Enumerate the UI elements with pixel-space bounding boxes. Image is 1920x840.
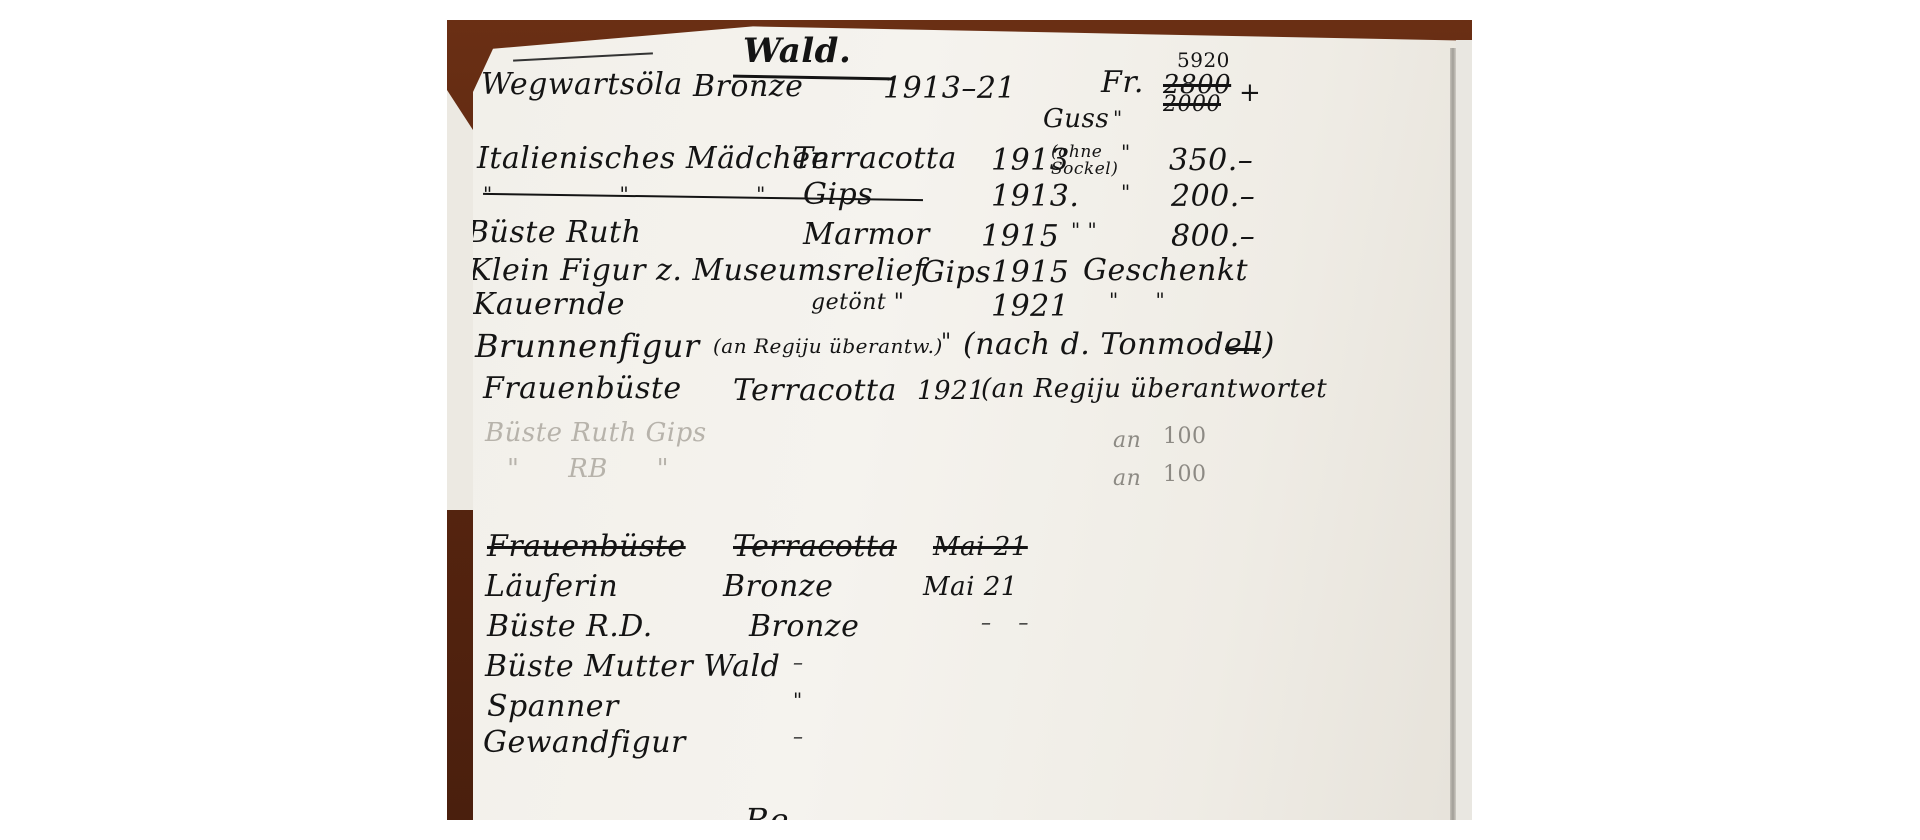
entry-ditto: "	[1121, 182, 1131, 202]
entry-note: " "	[1109, 290, 1165, 310]
list-item-title: Gewandfigur	[483, 728, 686, 758]
entry-price: 350.–	[1169, 146, 1253, 176]
entry-title: Klein Figur z. Museumsrelief	[469, 256, 925, 286]
entry-price: 800.–	[1171, 222, 1255, 252]
list-item-material: –	[793, 652, 804, 672]
entry-material: (an Regiju überantw.)	[713, 336, 943, 356]
list-item-date-struck: Mai 21	[933, 534, 1028, 560]
list-item-title: Läuferin	[485, 572, 618, 602]
list-item-title-struck: Frauenbüste	[487, 532, 686, 562]
list-item-material: Bronze	[723, 572, 833, 602]
list-item-material: "	[793, 690, 803, 710]
entry-title: Frauenbüste	[483, 374, 682, 404]
entry-ditto: "	[1121, 142, 1131, 162]
entry-material: Gips	[803, 180, 873, 210]
entry-note: (nach d. Tonmodell)	[963, 330, 1275, 360]
total-marker: +	[1239, 80, 1261, 106]
entry-year: 1913–21	[883, 74, 1016, 104]
entry-note: Geschenkt	[1083, 256, 1248, 286]
total-struck-2: 2000	[1163, 94, 1221, 116]
row-end-strike	[1225, 348, 1261, 351]
entry-material-suffix: "	[941, 332, 952, 354]
entry-title: Italienisches Mädchen	[477, 144, 830, 174]
notebook-right-edge	[1456, 40, 1472, 820]
entry-material-note: Guss	[1043, 106, 1109, 132]
page-heading: Wald.	[743, 34, 851, 68]
total-top: 5920	[1177, 50, 1230, 70]
faint-price: 100	[1163, 464, 1207, 486]
list-item-material: Bronze	[749, 612, 859, 642]
currency-label: Fr.	[1101, 68, 1144, 98]
ledger-page: Wald. 5920 2800 2000 + Fr. Wegwartsöla B…	[473, 20, 1472, 820]
entry-title: Büste Ruth	[467, 218, 641, 248]
faint-price-prefix: an	[1113, 468, 1141, 490]
list-item-date: – –	[981, 612, 1029, 632]
faint-price-prefix: an	[1113, 430, 1141, 452]
faint-entry-title: " RB "	[507, 456, 669, 482]
list-item-title: Büste Mutter Wald	[485, 652, 780, 682]
entry-title: Wegwartsöla	[481, 70, 683, 100]
entry-price: 200.–	[1171, 182, 1255, 212]
list-item-material: –	[793, 726, 804, 746]
entry-title: Kauernde	[473, 290, 625, 320]
entry-year: 1913.	[991, 182, 1079, 212]
entry-ditto: "	[1113, 108, 1123, 128]
list-item-date: Mai 21	[923, 574, 1018, 600]
entry-year: 1921	[991, 292, 1069, 322]
entry-year: 1915	[991, 258, 1069, 288]
entry-title: Brunnenfigur	[475, 330, 700, 362]
bottom-fragment: Re...	[745, 804, 821, 820]
ledger-photo: Wald. 5920 2800 2000 + Fr. Wegwartsöla B…	[447, 20, 1472, 820]
page-top-rule	[513, 52, 653, 61]
list-item-title: Büste R.D.	[487, 612, 653, 642]
list-item-material-struck: Terracotta	[733, 532, 897, 562]
entry-material: Marmor	[803, 220, 930, 250]
entry-material: Bronze	[693, 72, 803, 102]
entry-year: 1921	[917, 378, 985, 404]
entry-year: 1915	[981, 222, 1059, 252]
entry-ditto: " "	[1071, 220, 1097, 240]
entry-material: Gips	[921, 258, 991, 288]
entry-material: getönt "	[811, 292, 904, 314]
entry-year-note: (ohne Sockel)	[1051, 144, 1131, 178]
entry-material: Terracotta	[793, 144, 957, 174]
list-item-title: Spanner	[487, 692, 619, 722]
entry-material: Terracotta	[733, 376, 897, 406]
faint-entry-title: Büste Ruth Gips	[485, 420, 707, 446]
faint-price: 100	[1163, 426, 1207, 448]
entry-note: (an Regiju überantwortet	[981, 376, 1327, 402]
